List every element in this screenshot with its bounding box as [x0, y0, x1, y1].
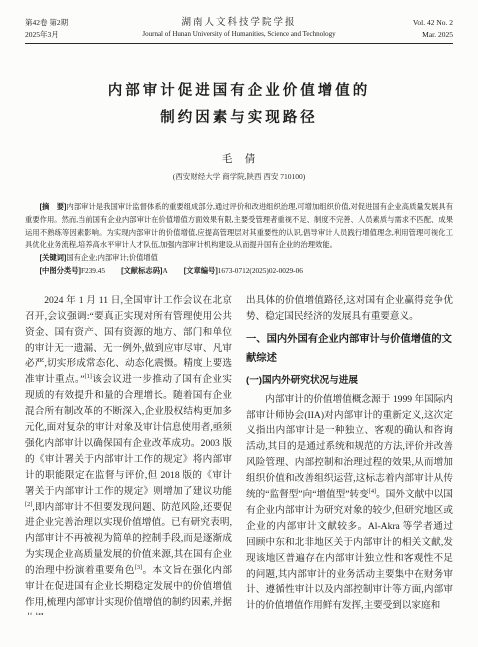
- left-column: 2024 年 1 月 11 日,全国审计工作会议在北京召开,会议强调:“要真正实…: [25, 293, 232, 615]
- journal-title-cn: 湖南人文科技学院学报: [117, 17, 361, 29]
- article-title: 内部审计促进国有企业价值增值的 制约因素与实现路径: [25, 78, 453, 132]
- header-rule: [25, 43, 453, 44]
- reference-superscript-1: [1]: [85, 373, 92, 380]
- header-center: 湖南人文科技学院学报 Journal of Hunan University o…: [117, 17, 361, 40]
- abstract-label: [摘 要]: [40, 202, 67, 211]
- paragraph-text: 。国外文献中以国有企业内部审计为研究对象的较少,但研究地区或企业的内部审计文献较…: [246, 489, 453, 611]
- paragraph-intro: 2024 年 1 月 11 日,全国审计工作会议在北京召开,会议强调:“要真正实…: [25, 293, 232, 615]
- journal-header: 第42卷 第2期 2025年3月 湖南人文科技学院学报 Journal of H…: [25, 0, 453, 40]
- paragraph-text: 出具体的价值增值路径,这对国有企业赢得竞争优势、稳定国民经济的发展具有重要意义。: [246, 295, 453, 322]
- article-title-line1: 内部审计促进国有企业价值增值的: [25, 78, 453, 105]
- clc-label: [中图分类号]: [40, 266, 81, 275]
- header-right: Vol. 42 No. 2 Mar. 2025: [361, 17, 453, 40]
- journal-title-en: Journal of Hunan University of Humanitie…: [117, 29, 361, 40]
- date-cn: 2025年3月: [25, 29, 117, 41]
- author-name: 毛 倩: [25, 151, 453, 166]
- keywords-text: 国有企业;内部审计;价值增值: [66, 253, 158, 262]
- abstract-paragraph: [摘 要]内部审计是我国审计监督体系的重要组成部分,通过评价和改进组织治理,可增…: [25, 201, 453, 252]
- paragraph-text: 该会议进一步推动了国有企业实现质的有效提升和量的合理增长。随着国有企业混合所有制…: [25, 374, 232, 496]
- doc-code-value: A: [162, 266, 167, 275]
- clc-value: F239.45: [81, 266, 105, 275]
- volume-issue-en: Vol. 42 No. 2: [361, 17, 453, 29]
- paragraph-continuation: 出具体的价值增值路径,这对国有企业赢得竞争优势、稳定国民经济的发展具有重要意义。: [246, 293, 453, 325]
- section-heading-1: 一、国内外国有企业内部审计与价值增值的文献综述: [246, 330, 453, 369]
- right-column: 出具体的价值增值路径,这对国有企业赢得竞争优势、稳定国民经济的发展具有重要意义。…: [246, 293, 453, 615]
- keywords-line: [关键词]国有企业;内部审计;价值增值: [25, 252, 453, 265]
- journal-page: 第42卷 第2期 2025年3月 湖南人文科技学院学报 Journal of H…: [0, 0, 478, 647]
- doc-code-label: [文献标志码]: [121, 266, 162, 275]
- paragraph-literature: 内部审计的价值增值概念源于 1999 年国际内部审计师协会(IIA)对内部审计的…: [246, 392, 453, 615]
- header-left: 第42卷 第2期 2025年3月: [25, 17, 117, 40]
- subsection-heading-1-1: (一)国内外研究状况与进展: [246, 373, 453, 389]
- paragraph-text: 2024 年 1 月 11 日,全国审计工作会议在北京召开,会议强调:“要真正实…: [25, 295, 232, 386]
- article-title-line2: 制约因素与实现路径: [25, 105, 453, 132]
- volume-issue-cn: 第42卷 第2期: [25, 17, 117, 29]
- paragraph-text: 内部审计的价值增值概念源于 1999 年国际内部审计师协会(IIA)对内部审计的…: [246, 394, 453, 500]
- author-affiliation: (西安财经大学 商学院,陕西 西安 710100): [25, 171, 453, 182]
- body-columns: 2024 年 1 月 11 日,全国审计工作会议在北京召开,会议强调:“要真正实…: [25, 293, 453, 615]
- article-no-value: 1673-0712(2025)02-0029-06: [218, 266, 303, 275]
- keywords-label: [关键词]: [40, 253, 67, 262]
- date-en: Mar. 2025: [361, 29, 453, 41]
- abstract-text: 内部审计是我国审计监督体系的重要组成部分,通过评价和改进组织治理,可增加组织价值…: [25, 202, 453, 249]
- article-no-label: [文章编号]: [184, 266, 218, 275]
- classification-line: [中图分类号]F239.45[文献标志码]A[文章编号]1673-0712(20…: [25, 265, 453, 278]
- abstract-block: [摘 要]内部审计是我国审计监督体系的重要组成部分,通过评价和改进组织治理,可增…: [25, 201, 453, 278]
